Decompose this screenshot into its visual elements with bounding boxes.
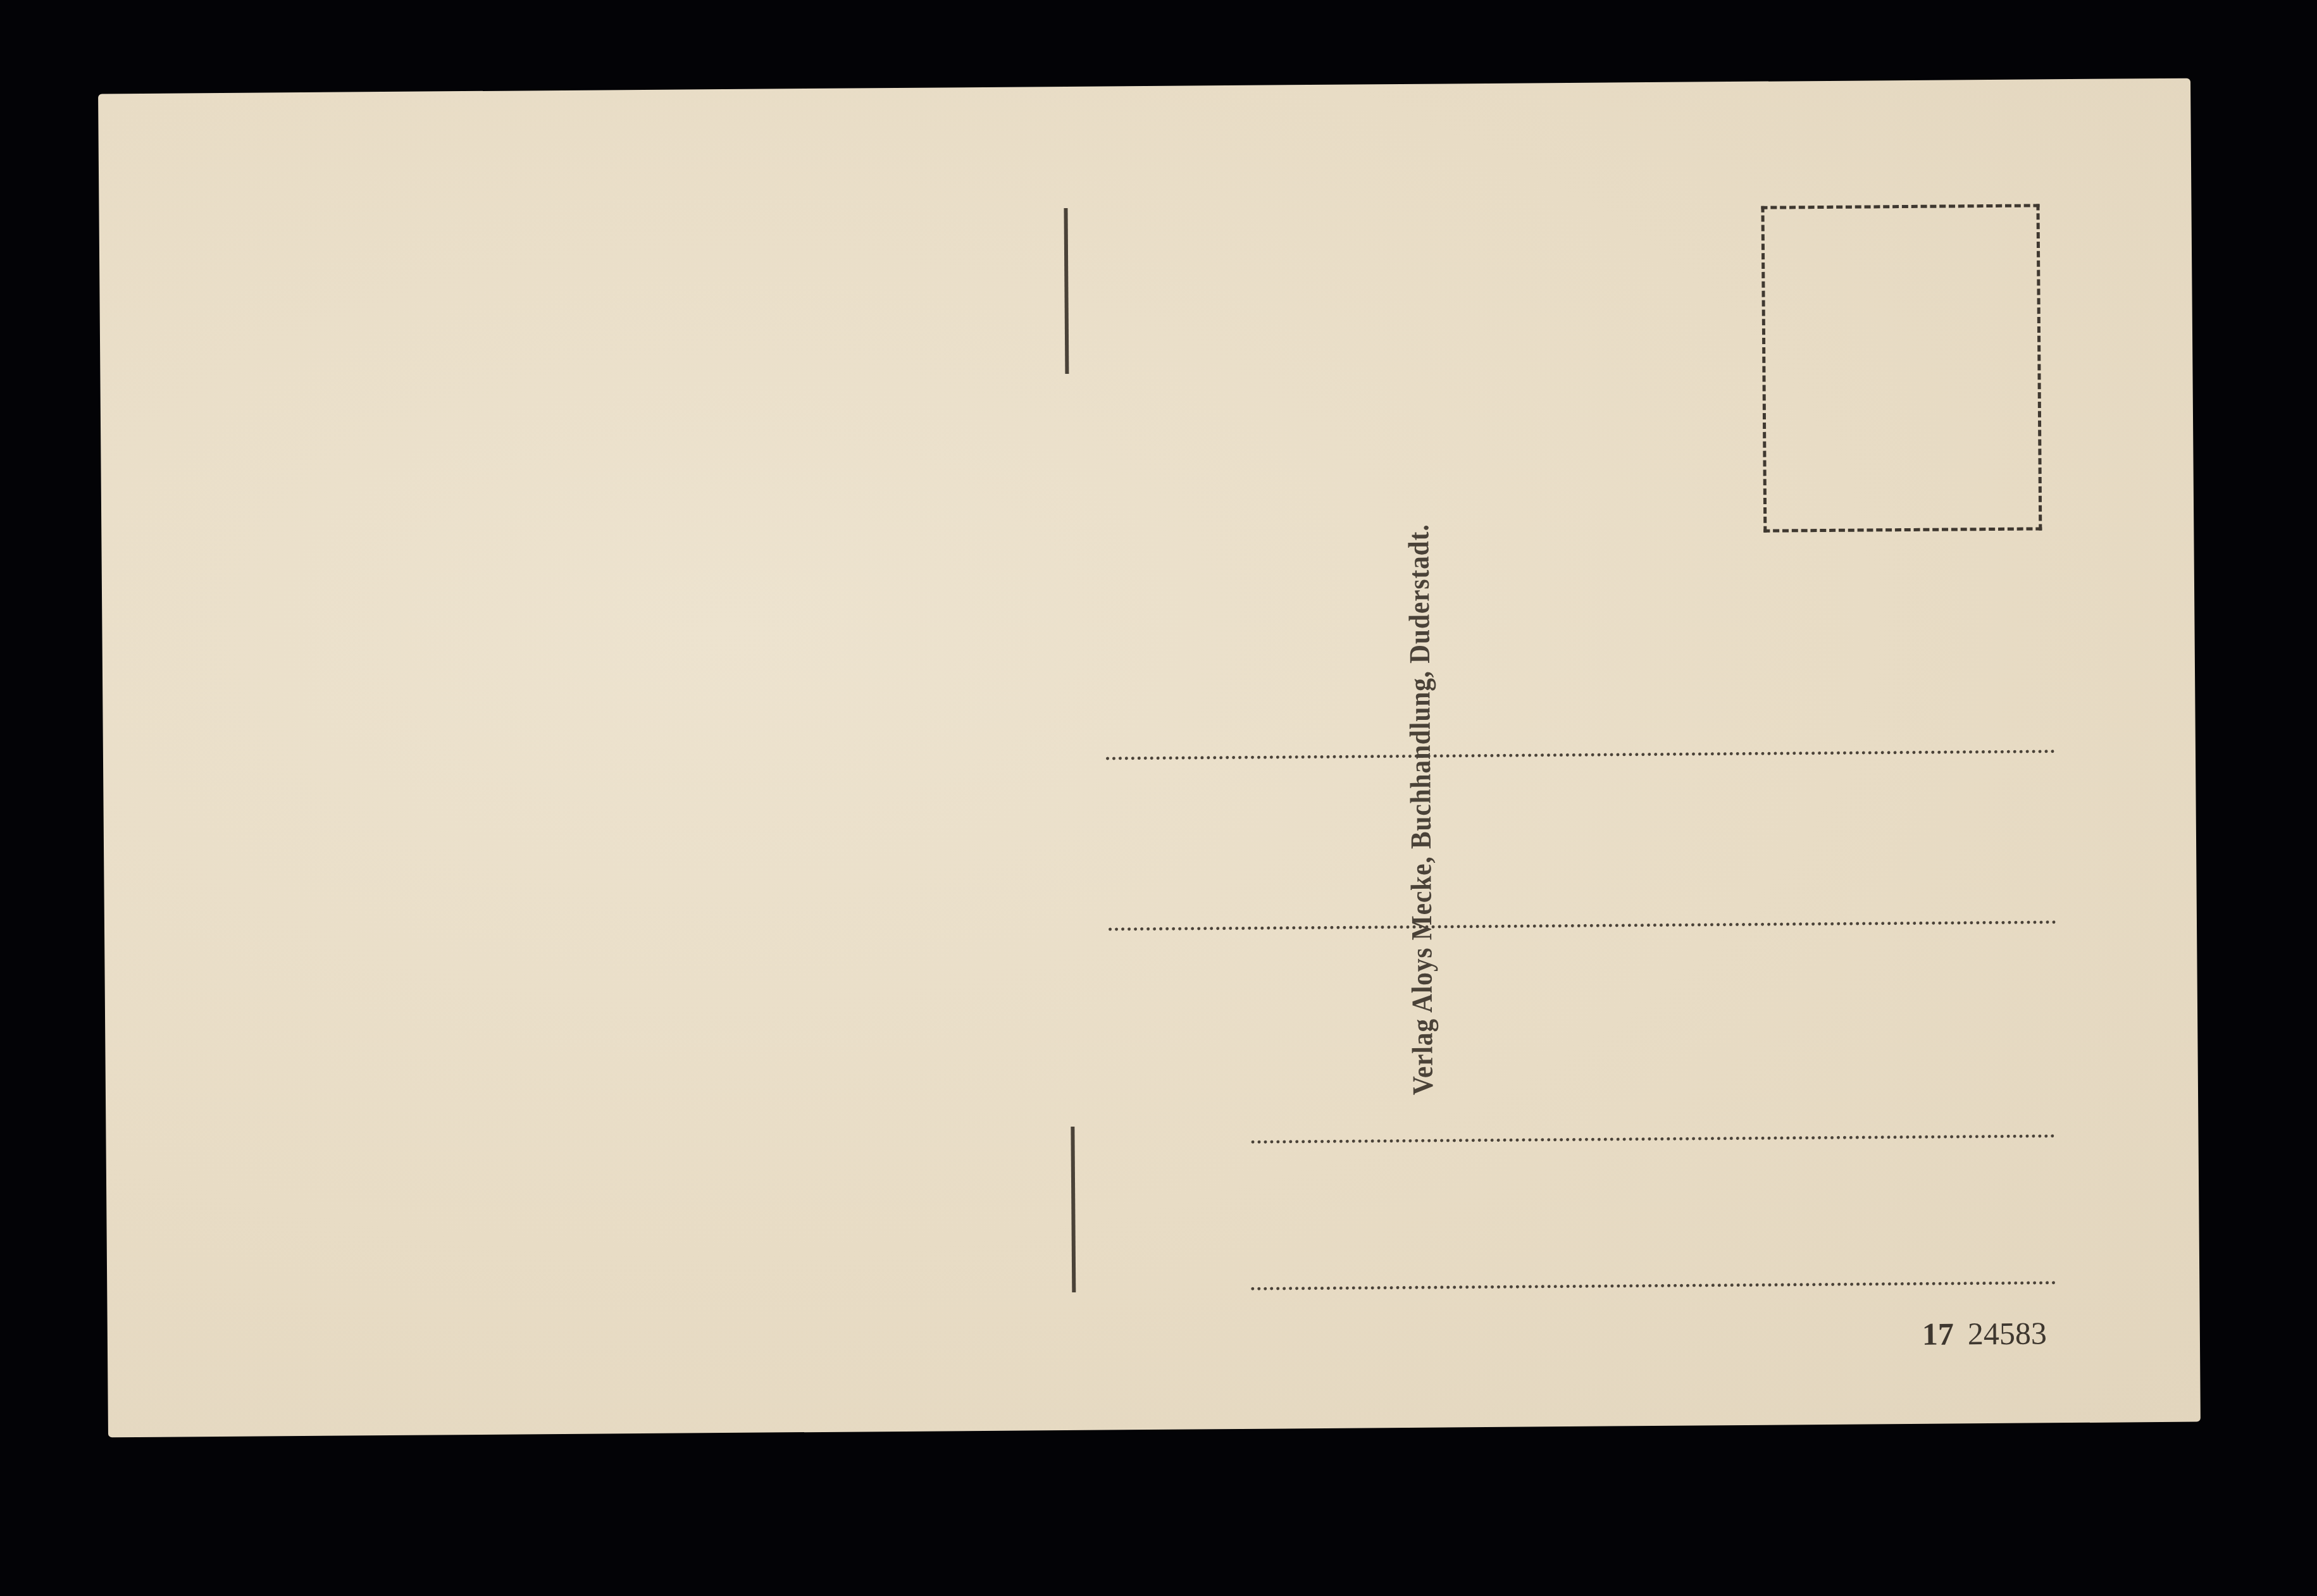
divider-rule-bottom <box>1071 1127 1076 1292</box>
serial-digits: 24583 <box>1968 1315 2047 1351</box>
serial-number: 1724583 <box>1922 1315 2047 1352</box>
address-line-2 <box>1109 920 2056 931</box>
address-line-1 <box>1106 750 2055 760</box>
stamp-box <box>1761 204 2042 532</box>
serial-prefix: 17 <box>1922 1316 1954 1351</box>
postcard-back: Verlag Aloys Mecke, Buchhandlung, Duders… <box>98 78 2201 1438</box>
address-line-4 <box>1251 1281 2056 1290</box>
publisher-imprint: Verlag Aloys Mecke, Buchhandlung, Duders… <box>1401 485 1441 1134</box>
divider-rule-top <box>1064 208 1069 374</box>
address-line-3 <box>1252 1134 2055 1144</box>
